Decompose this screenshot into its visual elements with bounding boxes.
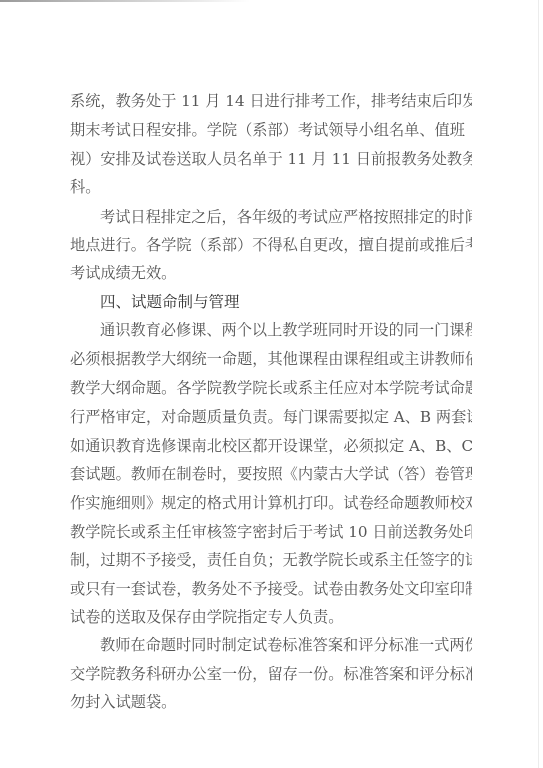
paragraph-line: 试卷的送取及保存由学院指定专人负责。: [70, 603, 472, 632]
paragraph-line: 教学大纲命题。各学院教学院长或系主任应对本学院考试命题进: [70, 374, 472, 403]
paragraph-line: 视）安排及试卷送取人员名单于 11 月 11 日前报教务处教务管理: [70, 145, 472, 174]
page-right-border: [538, 0, 539, 768]
paragraph-line: 行严格审定，对命题质量负责。每门课需要拟定 A、B 两套试题，: [70, 403, 472, 432]
paragraph-line: 勿封入试题袋。: [70, 688, 472, 717]
paragraph-line: 考试成绩无效。: [70, 259, 472, 288]
paragraph-line: 地点进行。各学院（系部）不得私自更改，擅自提前或推后考试，: [70, 231, 472, 260]
paragraph-line: 科。: [70, 173, 472, 202]
document-page: 系统，教务处于 11 月 14 日进行排考工作，排考结束后印发全校 期末考试日程…: [0, 0, 543, 768]
paragraph-line: 教师在命题时同时制定试卷标准答案和评分标准一式两份，: [100, 631, 472, 660]
paragraph-line: 如通识教育选修课南北校区都开设课堂，必须拟定 A、B、C 三: [70, 432, 472, 461]
paragraph-line: 作实施细则》规定的格式用计算机打印。试卷经命题教师校对、: [70, 489, 472, 518]
paragraph-line: 通识教育必修课、两个以上教学班同时开设的同一门课程，: [100, 316, 472, 345]
paragraph-line: 期末考试日程安排。学院（系部）考试领导小组名单、值班（巡: [70, 116, 472, 145]
paragraph-line: 套试题。教师在制卷时，要按照《内蒙古大学试（答）卷管理工: [70, 460, 472, 489]
paragraph-line: 系统，教务处于 11 月 14 日进行排考工作，排考结束后印发全校: [70, 87, 472, 116]
paragraph-line: 考试日程排定之后，各年级的考试应严格按照排定的时间、: [100, 203, 472, 232]
paragraph-line: 制，过期不予接受，责任自负；无教学院长或系主任签字的试卷: [70, 546, 472, 575]
scan-edge-shadow: [0, 0, 250, 2]
paragraph-line: 或只有一套试卷，教务处不予接受。试卷由教务处文印室印制。: [70, 575, 472, 604]
paragraph-line: 必须根据教学大纲统一命题，其他课程由课程组或主讲教师依据: [70, 345, 472, 374]
paragraph-line: 交学院教务科研办公室一份，留存一份。标准答案和评分标准请: [70, 660, 472, 689]
section-heading-4: 四、试题命制与管理: [100, 288, 400, 317]
paragraph-line: 教学院长或系主任审核签字密封后于考试 10 日前送教务处印: [70, 518, 472, 547]
